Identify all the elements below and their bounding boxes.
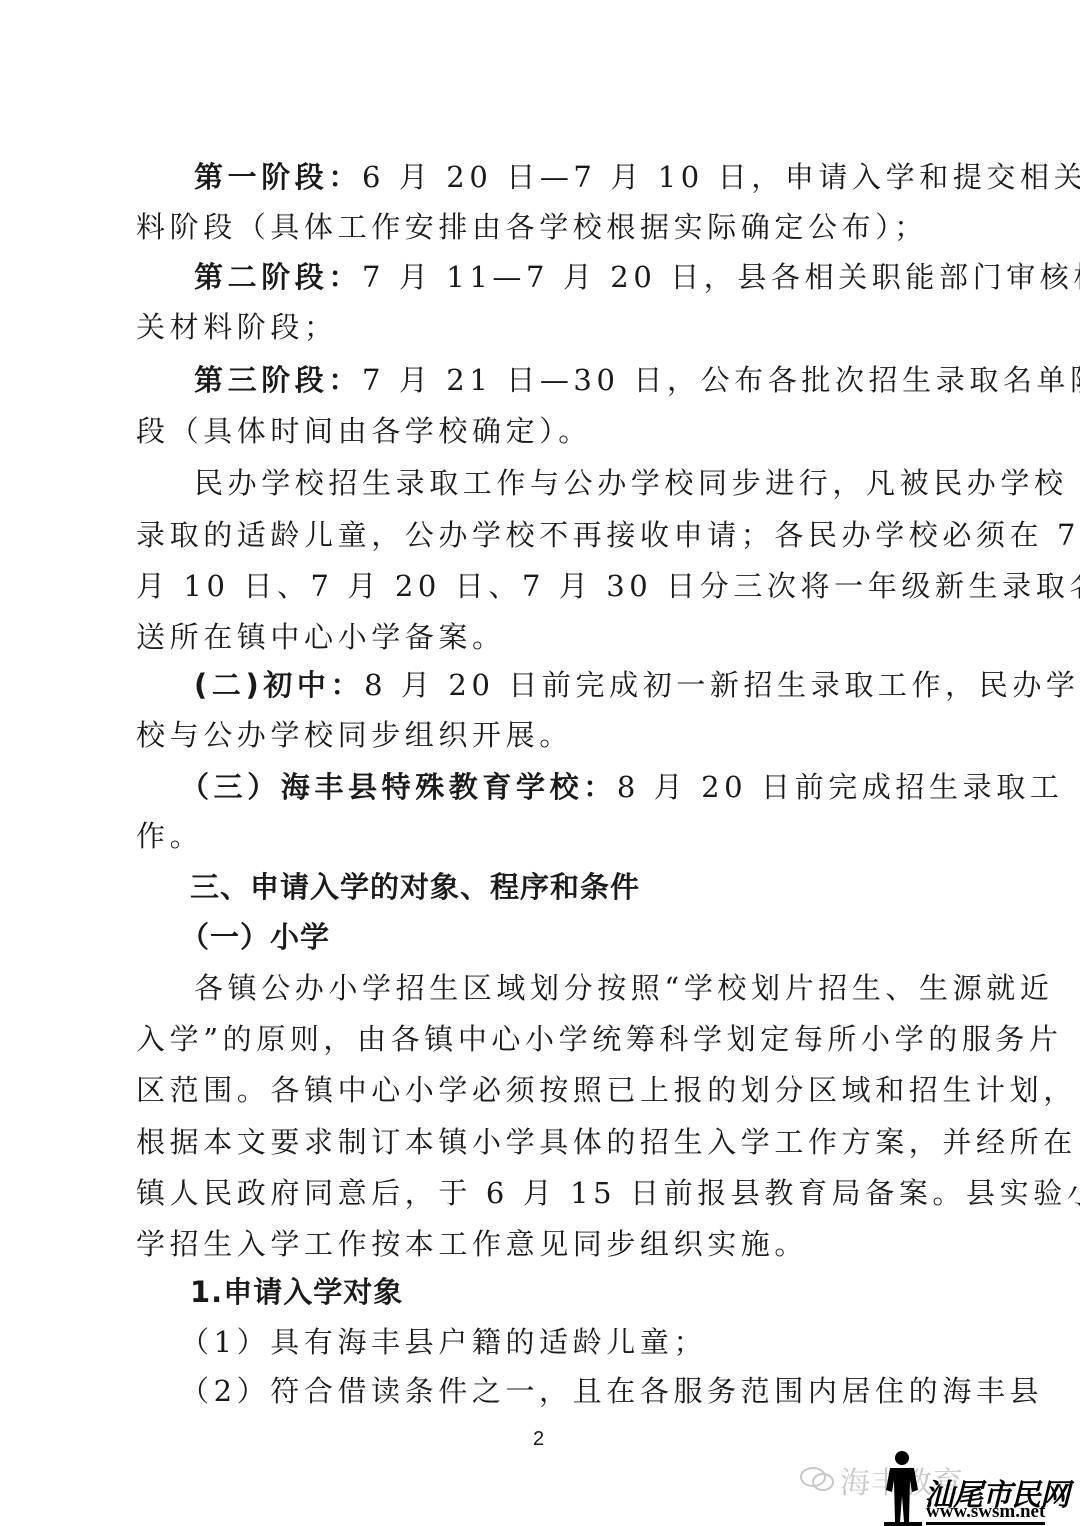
paragraph-line: （三）海丰县特殊教育学校：8 月 20 日前完成招生录取工 [180,767,948,807]
subsection-heading: （一）小学 [180,917,934,957]
paragraph-line: 作。 [136,816,948,856]
paragraph-line: 镇人民政府同意后，于 6 月 15 日前报县教育局备案。县实验小 [136,1173,948,1213]
paragraph-line: 第二阶段：7 月 11—7 月 20 日，县各相关职能部门审核相 [194,257,948,297]
stage-label: 第三阶段： [194,363,362,397]
paragraph-line: 录取的适龄儿童，公办学校不再接收申请；各民办学校必须在 7 [136,515,948,555]
paragraph-line: 校与公办学校同步组织开展。 [136,715,948,755]
paragraph-line: （2）符合借读条件之一，且在各服务范围内居住的海丰县 [180,1371,948,1411]
paragraph-line: 入学”的原则，由各镇中心小学统筹科学划定每所小学的服务片 [136,1019,948,1059]
paragraph-line: 区范围。各镇中心小学必须按照已上报的划分区域和招生计划， [136,1070,948,1110]
wechat-icon [800,1466,834,1492]
section-label: (二)初中： [194,668,364,702]
page-number: 2 [533,1428,544,1451]
paragraph-line: 月 10 日、7 月 20 日、7 月 30 日分三次将一年级新生录取名单报 [136,566,948,606]
stage-label: 第一阶段： [194,160,362,194]
paragraph-line: 料阶段（具体工作安排由各学校根据实际确定公布）； [136,207,948,247]
item-heading: 1.申请入学对象 [190,1272,944,1312]
document-page: 第一阶段：6 月 20 日—7 月 10 日，申请入学和提交相关材 料阶段（具体… [0,0,1080,1526]
paragraph-line: 学招生入学工作按本工作意见同步组织实施。 [136,1224,948,1264]
paragraph-line: 民办学校招生录取工作与公办学校同步进行，凡被民办学校 [194,463,948,503]
section-heading: 三、申请入学的对象、程序和条件 [190,867,944,907]
paragraph-line: 关材料阶段； [136,307,948,347]
paragraph-line: 段（具体时间由各学校确定）。 [136,411,948,451]
stage-label: 第二阶段： [194,260,362,294]
person-silhouette-icon [878,1450,926,1526]
site-url: www.swsm.net [926,1502,1045,1525]
paragraph-line: 第一阶段：6 月 20 日—7 月 10 日，申请入学和提交相关材 [194,157,948,197]
paragraph-line: (二)初中：8 月 20 日前完成初一新招生录取工作，民办学 [194,665,948,705]
section-label: （三）海丰县特殊教育学校： [180,770,617,804]
paragraph-line: 第三阶段：7 月 21 日—30 日，公布各批次招生录取名单阶 [194,360,948,400]
paragraph-line: 送所在镇中心小学备案。 [136,617,948,657]
site-watermark: 汕尾市民网 www.swsm.net [878,1450,1078,1526]
paragraph-line: （1）具有海丰县户籍的适龄儿童； [180,1322,948,1362]
paragraph-line: 各镇公办小学招生区域划分按照“学校划片招生、生源就近 [194,968,948,1008]
paragraph-line: 根据本文要求制订本镇小学具体的招生入学工作方案，并经所在 [136,1122,948,1162]
